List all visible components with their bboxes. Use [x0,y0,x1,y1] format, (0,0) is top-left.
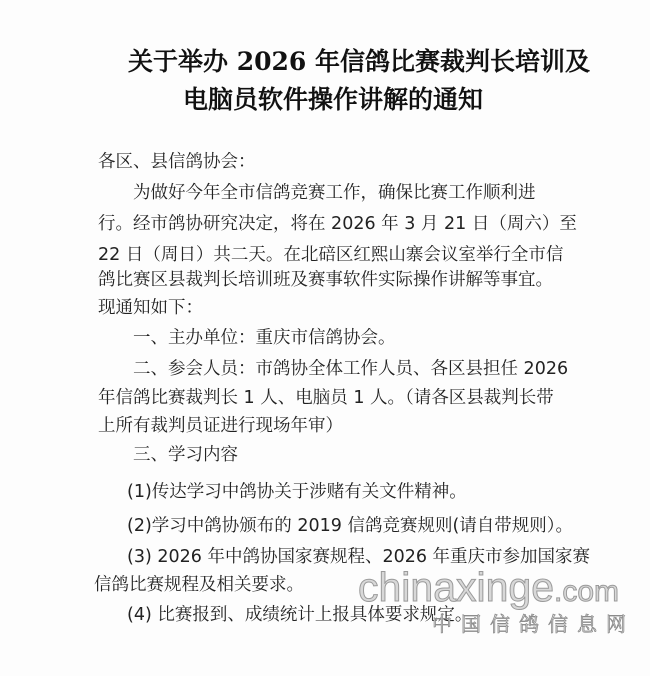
salutation: 各区、县信鸽协会： [98,150,256,174]
study-item: (2)学习中鸽协颁布的 2019 信鸽竞赛规则(请自带规则）。 [127,514,573,538]
body-line: 现通知如下： [98,296,203,320]
body-line: 22 日（周日）共二天。在北碚区红熙山寨会议室举行全市信 [98,243,563,267]
watermark-domain: chinaxinge.com [358,564,619,611]
section-attendees-line: 年信鸽比赛裁判长 1 人、电脑员 1 人。（请各区县裁判长带 [98,386,554,410]
section-attendees-line: 二、参会人员：市鸽协全体工作人员、各区县担任 2026 [133,357,568,381]
section-study-title: 三、学习内容 [133,443,238,467]
body-line: 为做好今年全市信鸽竞赛工作，确保比赛工作顺利进 [133,181,536,205]
watermark-site-name: 中国信鸽信息网 [432,608,635,637]
study-item: 信鸽比赛规程及相关要求。 [94,573,304,597]
section-attendees-line: 上所有裁判员证进行现场年审） [98,414,343,438]
study-item: (1)传达学习中鸽协关于涉赌有关文件精神。 [127,480,467,504]
watermark-domain-suffix: .com [554,575,619,608]
notice-title-line-2: 电脑员软件操作讲解的通知 [183,80,650,116]
section-organizer: 一、主办单位：重庆市信鸽协会。 [133,326,396,350]
body-line: 行。经市鸽协研究决定，将在 2026 年 3 月 21 日（周六）至 [98,212,577,236]
watermark-domain-main: chinaxinge [358,564,554,610]
body-line: 鸽比赛区县裁判长培训班及赛事软件实际操作讲解等事宜。 [98,268,553,292]
notice-title-line-1: 关于举办 2026 年信鸽比赛裁判长培训及 [128,42,650,78]
